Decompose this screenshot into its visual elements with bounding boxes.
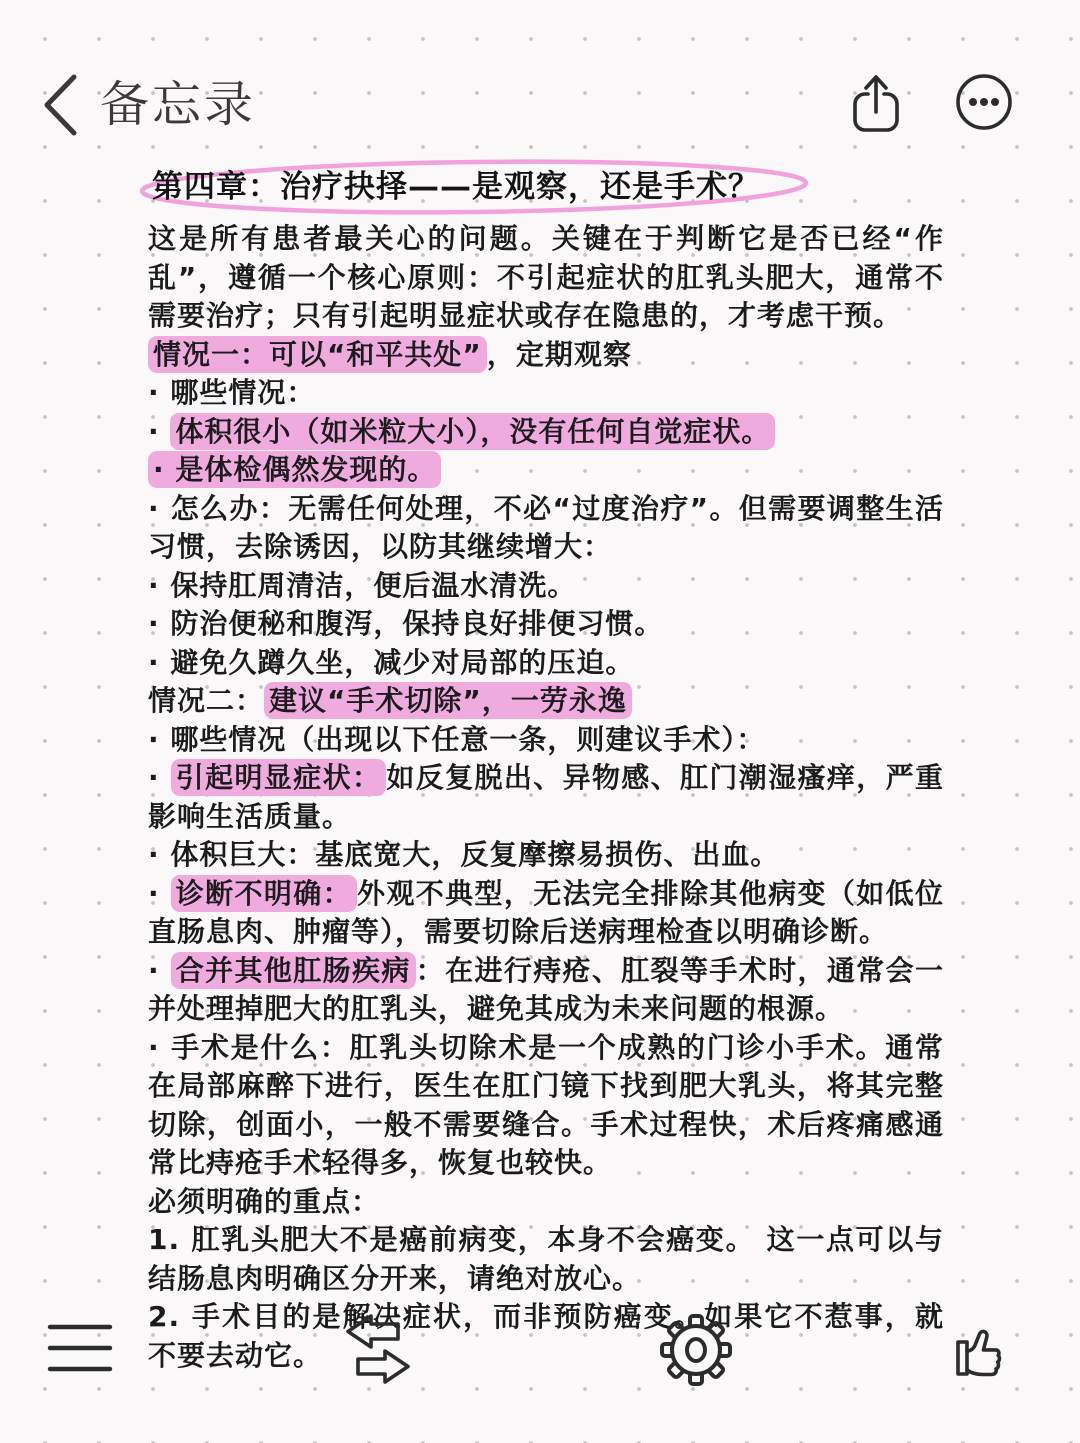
highlighted-text: · 是体检偶然发现的。: [148, 451, 441, 488]
text-run: ·: [148, 877, 171, 910]
text-run: · 体积巨大：基底宽大，反复摩擦易损伤、出血。: [148, 838, 779, 871]
settings-button[interactable]: [658, 1312, 734, 1388]
text-run: · 哪些情况：: [148, 376, 315, 409]
note-title: 第四章：治疗抉择——是观察，还是手术？: [152, 163, 760, 211]
notes-app-screen: 备忘录: [0, 0, 1080, 1443]
top-nav-bar: 备忘录: [42, 72, 1040, 138]
text-run: 1. 肛乳头肥大不是癌前病变，本身不会癌变。 这一点可以与结肠息肉明确区分开来，…: [148, 1223, 944, 1295]
note-paragraph: · 是体检偶然发现的。: [148, 451, 944, 490]
swap-arrows-icon: [336, 1314, 420, 1384]
note-paragraph: · 引起明显症状：如反复脱出、异物感、肛门潮湿瘙痒，严重影响生活质量。: [148, 759, 944, 836]
text-run: 情况二：: [148, 684, 264, 717]
note-paragraph: 必须明确的重点：: [148, 1183, 944, 1222]
gear-icon: [658, 1312, 734, 1388]
ellipsis-icon: [954, 72, 1014, 132]
text-run: · 避免久蹲久坐，减少对局部的压迫。: [148, 646, 634, 679]
back-button[interactable]: 备忘录: [42, 74, 256, 136]
note-paragraph: · 避免久蹲久坐，减少对局部的压迫。: [148, 644, 944, 683]
like-button[interactable]: [948, 1312, 1016, 1388]
note-title-block: 第四章：治疗抉择——是观察，还是手术？: [152, 163, 760, 211]
text-run: 这是所有患者最关心的问题。关键在于判断它是否已经“作乱”，遵循一个核心原则：不引…: [148, 222, 944, 332]
highlighted-text: 情况一：可以“和平共处”: [148, 336, 487, 373]
note-paragraph: 1. 肛乳头肥大不是癌前病变，本身不会癌变。 这一点可以与结肠息肉明确区分开来，…: [148, 1221, 944, 1298]
note-paragraph: · 哪些情况：: [148, 374, 944, 413]
note-paragraph: · 防治便秘和腹泻，保持良好排便习惯。: [148, 605, 944, 644]
thumbs-up-icon: [948, 1312, 1016, 1388]
text-run: · 哪些情况（出现以下任意一条，则建议手术）：: [148, 723, 765, 756]
share-icon: [846, 72, 906, 136]
note-paragraph: · 哪些情况（出现以下任意一条，则建议手术）：: [148, 721, 944, 760]
text-run: ·: [148, 761, 171, 794]
note-paragraph: · 合并其他肛肠疾病：在进行痔疮、肛裂等手术时，通常会一并处理掉肥大的肛乳头，避…: [148, 952, 944, 1029]
note-paragraph: · 体积很小（如米粒大小），没有任何自觉症状。: [148, 413, 944, 452]
note-paragraph: · 保持肛周清洁，便后温水清洗。: [148, 567, 944, 606]
text-run: · 保持肛周清洁，便后温水清洗。: [148, 569, 576, 602]
highlighted-text: 诊断不明确：: [171, 875, 357, 912]
back-chevron-icon: [42, 74, 80, 136]
share-button[interactable]: [846, 72, 906, 136]
text-run: ，定期观察: [487, 338, 632, 371]
text-run: 必须明确的重点：: [148, 1185, 380, 1218]
text-run: · 怎么办：无需任何处理，不必“过度治疗”。但需要调整生活习惯，去除诱因，以防其…: [148, 492, 944, 564]
text-run: · 防治便秘和腹泻，保持良好排便习惯。: [148, 607, 663, 640]
highlighted-text: 引起明显症状：: [171, 759, 387, 796]
highlighted-text: 建议“手术切除”，一劳永逸: [264, 682, 632, 719]
note-paragraph: 情况二：建议“手术切除”，一劳永逸: [148, 682, 944, 721]
menu-button[interactable]: [46, 1320, 116, 1378]
note-paragraph: 情况一：可以“和平共处”，定期观察: [148, 336, 944, 375]
text-run: ·: [148, 954, 171, 987]
highlighted-text: 体积很小（如米粒大小），没有任何自觉症状。: [170, 413, 775, 450]
text-run: ·: [148, 415, 170, 448]
note-body: 这是所有患者最关心的问题。关键在于判断它是否已经“作乱”，遵循一个核心原则：不引…: [148, 220, 944, 1375]
bottom-toolbar: [0, 1308, 1080, 1404]
note-paragraph: · 怎么办：无需任何处理，不必“过度治疗”。但需要调整生活习惯，去除诱因，以防其…: [148, 490, 944, 567]
hamburger-icon: [46, 1320, 116, 1378]
note-paragraph: · 体积巨大：基底宽大，反复摩擦易损伤、出血。: [148, 836, 944, 875]
note-paragraph: 这是所有患者最关心的问题。关键在于判断它是否已经“作乱”，遵循一个核心原则：不引…: [148, 220, 944, 336]
highlighted-text: 合并其他肛肠疾病: [171, 952, 416, 989]
text-run: · 手术是什么：肛乳头切除术是一个成熟的门诊小手术。通常在局部麻醉下进行，医生在…: [148, 1031, 944, 1180]
undo-redo-button[interactable]: [336, 1314, 420, 1384]
note-paragraph: · 手术是什么：肛乳头切除术是一个成熟的门诊小手术。通常在局部麻醉下进行，医生在…: [148, 1029, 944, 1183]
note-paragraph: · 诊断不明确：外观不典型，无法完全排除其他病变（如低位直肠息肉、肿瘤等），需要…: [148, 875, 944, 952]
more-button[interactable]: [954, 72, 1014, 132]
nav-title: 备忘录: [100, 74, 256, 136]
